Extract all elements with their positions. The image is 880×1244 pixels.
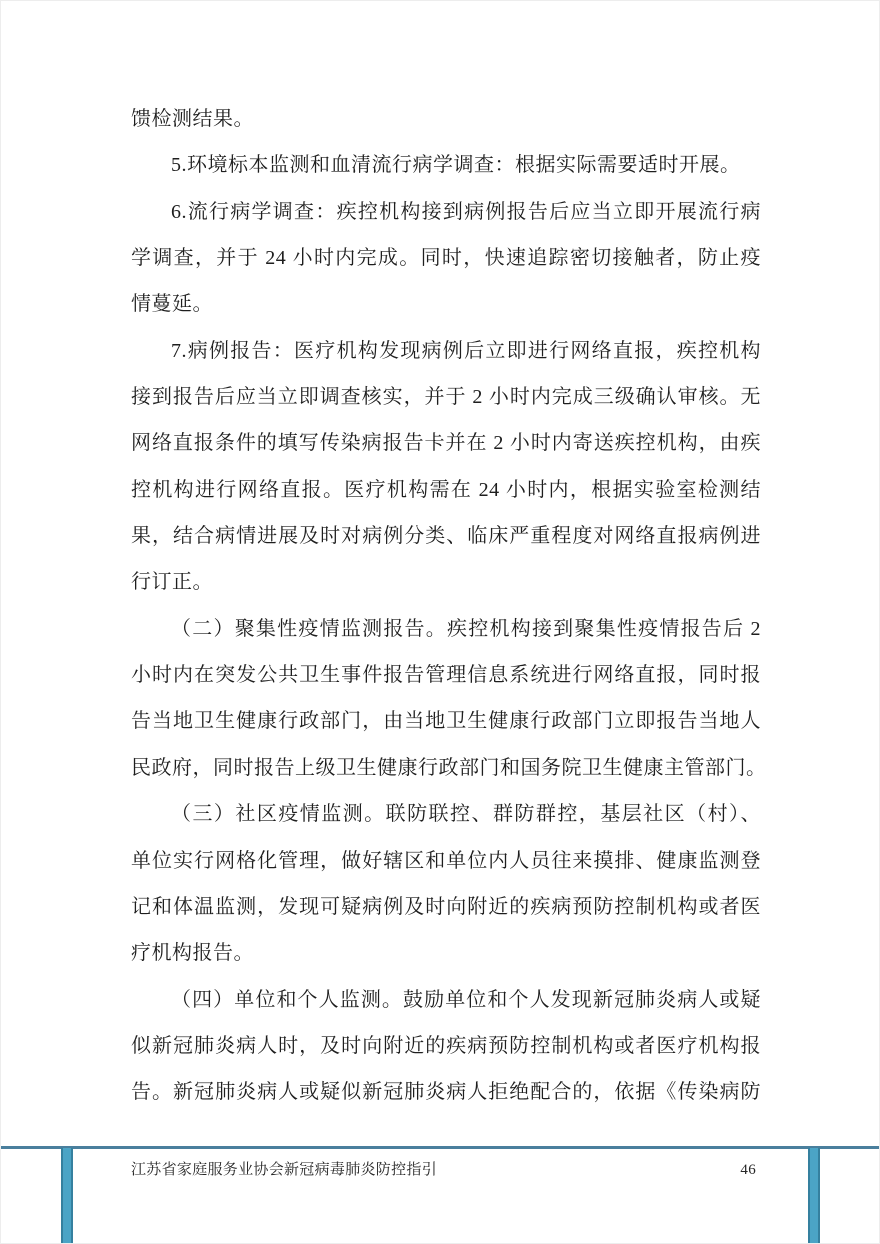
footer-rule: [1, 1146, 879, 1149]
paragraph: 馈检测结果。: [131, 96, 761, 142]
paragraph: 7.病例报告：医疗机构发现病例后立即进行网络直报，疾控机构接到报告后应当立即调查…: [131, 328, 761, 606]
text-line: 行订正。: [131, 559, 761, 605]
paragraph: （二）聚集性疫情监测报告。疾控机构接到聚集性疫情报告后 2小时内在突发公共卫生事…: [131, 606, 761, 791]
document-page: 馈检测结果。5.环境标本监测和血清流行病学调查：根据实际需要适时开展。6.流行病…: [0, 0, 880, 1244]
text-line: 7.病例报告：医疗机构发现病例后立即进行网络直报，疾控机构: [131, 328, 761, 374]
text-line: 接到报告后应当立即调查核实，并于 2 小时内完成三级确认审核。无: [131, 374, 761, 420]
footer-page-number: 46: [740, 1159, 756, 1181]
text-line: （四）单位和个人监测。鼓励单位和个人发现新冠肺炎病人或疑: [131, 977, 761, 1023]
text-line: 似新冠肺炎病人时，及时向附近的疾病预防控制机构或者医疗机构报: [131, 1023, 761, 1069]
text-line: 告当地卫生健康行政部门，由当地卫生健康行政部门立即报告当地人: [131, 698, 761, 744]
text-line: 6.流行病学调查：疾控机构接到病例报告后应当立即开展流行病: [131, 189, 761, 235]
text-line: 单位实行网格化管理，做好辖区和单位内人员往来摸排、健康监测登: [131, 838, 761, 884]
footer: 江苏省家庭服务业协会新冠病毒肺炎防控指引 46: [131, 1159, 756, 1181]
paragraph: 5.环境标本监测和血清流行病学调查：根据实际需要适时开展。: [131, 142, 761, 188]
text-line: 民政府，同时报告上级卫生健康行政部门和国务院卫生健康主管部门。: [131, 745, 761, 791]
paragraph: （三）社区疫情监测。联防联控、群防群控，基层社区（村）、单位实行网格化管理，做好…: [131, 791, 761, 976]
text-line: 网络直报条件的填写传染病报告卡并在 2 小时内寄送疾控机构，由疾: [131, 420, 761, 466]
text-line: 果，结合病情进展及时对病例分类、临床严重程度对网络直报病例进: [131, 513, 761, 559]
text-line: 控机构进行网络直报。医疗机构需在 24 小时内，根据实验室检测结: [131, 467, 761, 513]
text-line: 告。新冠肺炎病人或疑似新冠肺炎病人拒绝配合的，依据《传染病防: [131, 1069, 761, 1115]
text-line: 情蔓延。: [131, 281, 761, 327]
text-line: 5.环境标本监测和血清流行病学调查：根据实际需要适时开展。: [131, 142, 761, 188]
text-line: 馈检测结果。: [131, 96, 761, 142]
text-line: （三）社区疫情监测。联防联控、群防群控，基层社区（村）、: [131, 791, 761, 837]
text-line: 记和体温监测，发现可疑病例及时向附近的疾病预防控制机构或者医: [131, 884, 761, 930]
body-text: 馈检测结果。5.环境标本监测和血清流行病学调查：根据实际需要适时开展。6.流行病…: [131, 96, 761, 1116]
text-line: 小时内在突发公共卫生事件报告管理信息系统进行网络直报，同时报: [131, 652, 761, 698]
text-line: 学调查，并于 24 小时内完成。同时，快速追踪密切接触者，防止疫: [131, 235, 761, 281]
left-accent-bar: [61, 1148, 73, 1244]
paragraph: 6.流行病学调查：疾控机构接到病例报告后应当立即开展流行病学调查，并于 24 小…: [131, 189, 761, 328]
text-line: （二）聚集性疫情监测报告。疾控机构接到聚集性疫情报告后 2: [131, 606, 761, 652]
text-line: 疗机构报告。: [131, 930, 761, 976]
right-accent-bar: [808, 1148, 820, 1244]
paragraph: （四）单位和个人监测。鼓励单位和个人发现新冠肺炎病人或疑似新冠肺炎病人时，及时向…: [131, 977, 761, 1116]
footer-doc-title: 江苏省家庭服务业协会新冠病毒肺炎防控指引: [131, 1159, 437, 1181]
